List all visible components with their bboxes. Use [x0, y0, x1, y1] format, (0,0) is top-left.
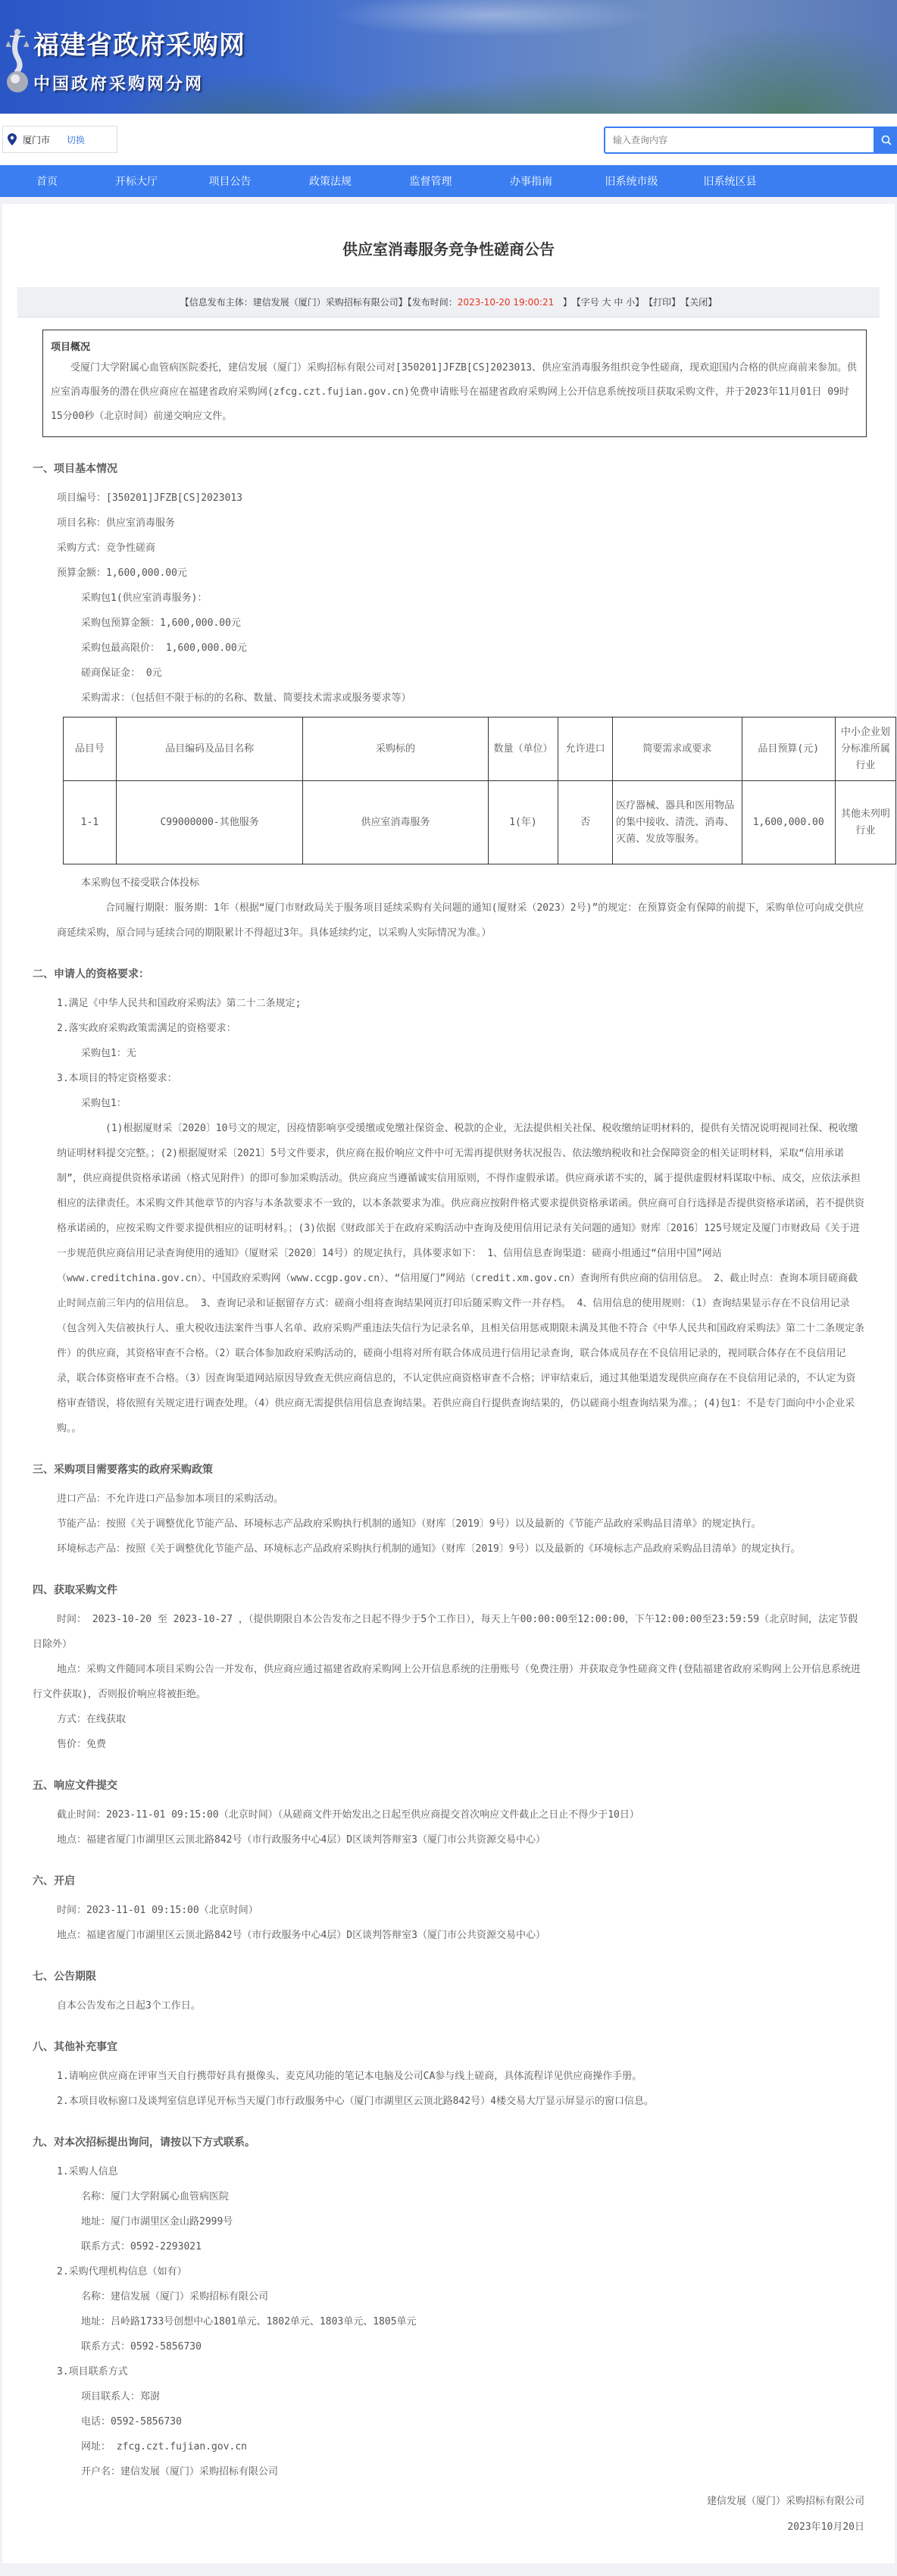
site-subtitle: 中国政府采购网分网: [33, 71, 204, 95]
get-docs-time: 时间： 2023-10-20 至 2023-10-27 ，（提供期限自本公告发布…: [33, 1607, 864, 1657]
contract-term: 合同履行期限：服务期：1年（根据“厦门市财政局关于服务项目延续采购有关问题的通知…: [33, 896, 864, 946]
qualification-item-2-package: 采购包1：无: [33, 1041, 864, 1066]
buyer-info-title: 1.采购人信息: [33, 2159, 864, 2184]
project-website: 网址： zfcg.czt.fujian.gov.cn: [33, 2434, 864, 2459]
get-docs-price: 售价：免费: [33, 1732, 864, 1757]
spacer: [0, 197, 897, 204]
section-heading-contacts: 九、对本次招标提出询问，请按以下方式联系。: [33, 2134, 864, 2152]
site-banner: 福建省政府采购网 中国政府采购网分网: [0, 0, 897, 114]
project-contact-title: 3.项目联系方式: [33, 2359, 864, 2384]
publisher-info: 【信息发布主体：建信发展（厦门）采购招标有限公司】【发布时间：: [180, 295, 458, 308]
nav-item-supervision[interactable]: 监督管理: [380, 174, 482, 189]
agency-address: 地址：吕岭路1733号创想中心1801单元、1802单元、1803单元、1805…: [33, 2309, 864, 2334]
project-contact-person: 项目联系人：郑澍: [33, 2384, 864, 2409]
nav-item-old-county[interactable]: 旧系统区县: [683, 174, 777, 189]
opening-time: 时间：2023-11-01 09:15:00（北京时间）: [33, 1898, 864, 1923]
qualification-item-3-package: 采购包1：: [33, 1091, 864, 1116]
signature-date: 2023年10月20日: [33, 2515, 864, 2540]
buyer-name: 名称：厦门大学附属心血管病医院: [33, 2184, 864, 2209]
search-input[interactable]: [605, 128, 874, 152]
buyer-address: 地址：厦门市湖里区金山路2999号: [33, 2209, 864, 2234]
nav-item-home[interactable]: 首页: [0, 174, 94, 189]
table-header: 简要需求或要求: [613, 717, 742, 781]
items-table: 品目号 品目编码及品目名称 采购标的 数量（单位） 允许进口 简要需求或要求 品…: [63, 717, 896, 864]
cell-industry: 其他未列明行业: [835, 781, 895, 864]
notice-meta-bar: 【信息发布主体：建信发展（厦门）采购招标有限公司】【发布时间： 2023-10-…: [17, 287, 880, 317]
signature-company: 建信发展（厦门）采购招标有限公司: [33, 2489, 864, 2515]
budget-amount: 预算金额：1,600,000.00元: [33, 561, 864, 586]
search-button[interactable]: [875, 127, 897, 154]
nav-item-announcements[interactable]: 项目公告: [179, 174, 281, 189]
cell-item-code: C99000000-其他服务: [116, 781, 303, 864]
deposit: 磋商保证金： 0元: [33, 661, 864, 686]
policy-environment: 环境标志产品：按照《关于调整优化节能产品、环境标志产品政府采购执行机制的通知》（…: [33, 1537, 864, 1562]
overview-heading: 项目概况: [51, 339, 858, 356]
project-name: 项目名称：供应室消毒服务: [33, 511, 864, 536]
nav-item-policies[interactable]: 政策法规: [281, 174, 380, 189]
qualification-item-2: 2.落实政府采购政策需满足的资格要求：: [33, 1016, 864, 1041]
nav-item-bid-hall[interactable]: 开标大厅: [94, 174, 179, 189]
city-switch-link[interactable]: 切换: [67, 133, 85, 146]
submission-deadline: 截止时间：2023-11-01 09:15:00（北京时间）（从磋商文件开始发出…: [33, 1802, 864, 1827]
no-consortium-note: 本采购包不接受联合体投标: [33, 871, 864, 896]
publish-time: 2023-10-20 19:00:21: [458, 297, 554, 308]
section-heading-qualifications: 二、申请人的资格要求：: [33, 965, 864, 983]
table-header-row: 品目号 品目编码及品目名称 采购标的 数量（单位） 允许进口 简要需求或要求 品…: [64, 717, 896, 781]
cell-quantity: 1(年): [488, 781, 558, 864]
package-max-price: 采购包最高限价： 1,600,000.00元: [33, 636, 864, 661]
scales-emblem-icon: [6, 26, 29, 95]
city-selector: 厦门市 切换: [2, 126, 117, 153]
agency-contact: 联系方式：0592-5856730: [33, 2334, 864, 2359]
current-city: 厦门市: [23, 133, 50, 146]
notice-period-text: 自本公告发布之日起3个工作日。: [33, 1993, 864, 2018]
buyer-contact: 联系方式：0592-2293021: [33, 2234, 864, 2259]
agency-name: 名称：建信发展（厦门）采购招标有限公司: [33, 2284, 864, 2309]
package-name: 采购包1(供应室消毒服务)：: [33, 586, 864, 611]
cell-subject: 供应室消毒服务: [303, 781, 488, 864]
table-header: 中小企业划分标准所属行业: [835, 717, 895, 781]
table-header: 品目号: [64, 717, 117, 781]
location-pin-icon: [8, 133, 17, 145]
main-nav: 首页 开标大厅 项目公告 政策法规 监督管理 办事指南 旧系统市级 旧系统区县: [0, 165, 897, 197]
table-header: 采购标的: [303, 717, 488, 781]
location-search-bar: 厦门市 切换: [0, 114, 897, 165]
package-budget: 采购包预算金额：1,600,000.00元: [33, 611, 864, 636]
cell-item-no: 1-1: [64, 781, 117, 864]
close-button[interactable]: 【关闭】: [680, 295, 717, 308]
procurement-demand: 采购需求：（包括但不限于标的的名称、数量、简要技术需求或服务要求等）: [33, 686, 864, 711]
nav-item-guide[interactable]: 办事指南: [482, 174, 580, 189]
policy-import: 进口产品：不允许进口产品参加本项目的采购活动。: [33, 1487, 864, 1512]
overview-text: 受厦门大学附属心血管病医院委托，建信发展（厦门）采购招标有限公司对[350201…: [51, 356, 858, 429]
page-title: 供应室消毒服务竞争性磋商公告: [2, 204, 895, 275]
table-header: 允许进口: [558, 717, 613, 781]
notice-container: 供应室消毒服务竞争性磋商公告 【信息发布主体：建信发展（厦门）采购招标有限公司】…: [2, 204, 895, 2563]
qualification-item-3-text: (1)根据厦财采〔2020〕10号文的规定，因疫情影响享受缓缴或免缴社保资金、税…: [33, 1116, 864, 1441]
project-contact-phone: 电话：0592-5856730: [33, 2409, 864, 2434]
procurement-method: 采购方式：竞争性磋商: [33, 536, 864, 561]
section-heading-basic-info: 一、项目基本情况: [33, 460, 864, 478]
project-account-name: 开户名：建信发展（厦门）采购招标有限公司: [33, 2459, 864, 2484]
project-number: 项目编号：[350201]JFZB[CS]2023013: [33, 486, 864, 511]
qualification-item-1: 1.满足《中华人民共和国政府采购法》第二十二条规定;: [33, 991, 864, 1016]
cell-budget: 1,600,000.00: [742, 781, 835, 864]
section-heading-policies: 三、采购项目需要落实的政府采购政策: [33, 1461, 864, 1479]
policy-energy: 节能产品：按照《关于调整优化节能产品、环境标志产品政府采购执行机制的通知》（财库…: [33, 1512, 864, 1537]
submission-place: 地点：福建省厦门市湖里区云顶北路842号（市行政服务中心4层）D区谈判答辩室3（…: [33, 1827, 864, 1852]
search-icon: [881, 135, 892, 145]
section-heading-get-documents: 四、获取采购文件: [33, 1581, 864, 1599]
qualification-item-3: 3.本项目的特定资格要求：: [33, 1066, 864, 1091]
nav-item-old-city[interactable]: 旧系统市级: [580, 174, 683, 189]
table-header: 品目预算(元): [742, 717, 835, 781]
site-title: 福建省政府采购网: [33, 24, 245, 61]
table-header: 数量（单位）: [488, 717, 558, 781]
print-button[interactable]: 【打印】: [644, 295, 680, 308]
font-size-control[interactable]: 【字号 大 中 小】: [572, 295, 644, 308]
table-row: 1-1 C99000000-其他服务 供应室消毒服务 1(年) 否 医疗器械、器…: [64, 781, 896, 864]
section-heading-notice-period: 七、公告期限: [33, 1968, 864, 1986]
cell-import-allowed: 否: [558, 781, 613, 864]
search-box: [604, 127, 875, 154]
agency-info-title: 2.采购代理机构信息（如有）: [33, 2259, 864, 2284]
opening-place: 地点：福建省厦门市湖里区云顶北路842号（市行政服务中心4层）D区谈判答辩室3（…: [33, 1923, 864, 1948]
table-header: 品目编码及品目名称: [116, 717, 303, 781]
publish-time-suffix: 】: [554, 295, 571, 308]
section-heading-other-matters: 八、其他补充事宜: [33, 2038, 864, 2056]
notice-body: 一、项目基本情况 项目编号：[350201]JFZB[CS]2023013 项目…: [2, 460, 895, 2540]
other-matter-1: 1.请响应供应商在评审当天自行携带好具有摄像头、麦克风功能的笔记本电脑及公司CA…: [33, 2064, 864, 2089]
section-heading-opening: 六、开启: [33, 1872, 864, 1890]
project-overview-box: 项目概况 受厦门大学附属心血管病医院委托，建信发展（厦门）采购招标有限公司对[3…: [42, 330, 867, 437]
section-heading-submission: 五、响应文件提交: [33, 1777, 864, 1795]
other-matter-2: 2.本项目收标窗口及谈判室信息详见开标当天厦门市行政服务中心（厦门市湖里区云顶北…: [33, 2089, 864, 2114]
cell-requirements: 医疗器械、器具和医用物品的集中接收、清洗、消毒、灭菌、发放等服务。: [613, 781, 742, 864]
get-docs-place: 地点：采购文件随同本项目采购公告一并发布，供应商应通过福建省政府采购网上公开信息…: [33, 1657, 864, 1707]
get-docs-method: 方式：在线获取: [33, 1707, 864, 1732]
